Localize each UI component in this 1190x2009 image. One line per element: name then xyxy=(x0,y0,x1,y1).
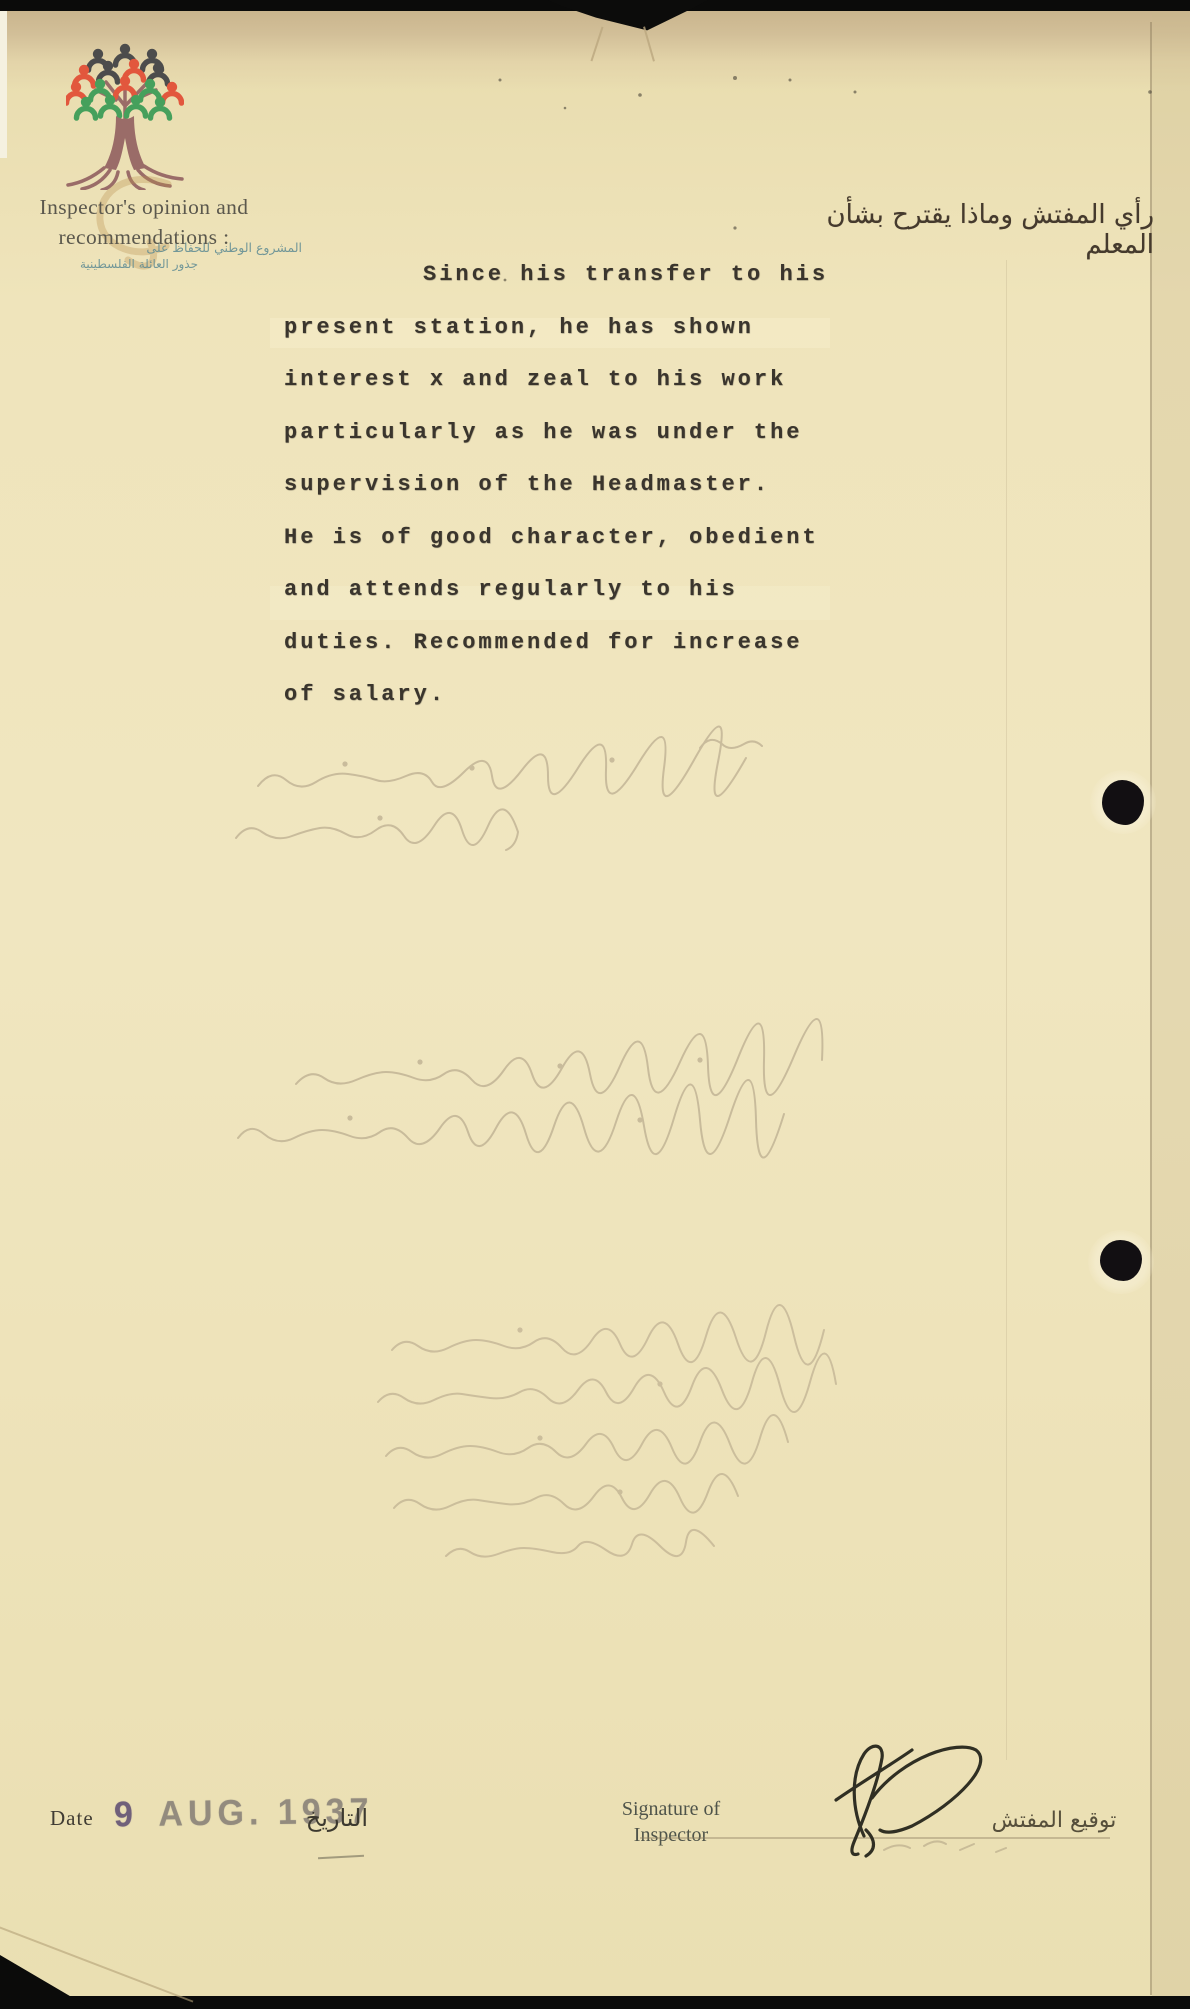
report-line: Since his transfer to his xyxy=(284,262,864,315)
signature-label-line2: Inspector xyxy=(634,1824,708,1846)
section-heading-english: Inspector's opinion and recommendations … xyxy=(35,192,253,252)
inspector-signature xyxy=(800,1738,1020,1863)
date-stamp-day: 9 xyxy=(114,1795,138,1835)
report-line: particularly as he was under the xyxy=(284,420,864,473)
section-heading-arabic: رأي المفتش وماذا يقترح بشأن المعلم xyxy=(822,200,1154,260)
date-label-english: Date xyxy=(50,1806,94,1831)
paper-fold-line xyxy=(1150,22,1152,1995)
punch-hole-ink xyxy=(1102,780,1144,825)
report-line: and attends regularly to his xyxy=(284,577,864,630)
report-line: He is of good character, obedient xyxy=(284,525,864,578)
watermark-text-line2: جذور العائلة الفلسطينية xyxy=(76,257,202,271)
scan-edge-bottom xyxy=(0,1996,1190,2009)
report-line: duties. Recommended for increase xyxy=(284,630,864,683)
signature-label-english: Signature of Inspector xyxy=(598,1796,744,1848)
report-line: present station, he has shown xyxy=(284,315,864,368)
report-line: of salary. xyxy=(284,682,864,735)
scan-left-sliver xyxy=(0,8,7,158)
faint-handwriting-block-3 xyxy=(378,1305,836,1557)
signature-label-arabic: توقيع المفتش xyxy=(986,1808,1122,1833)
signature-label-line1: Signature of xyxy=(622,1798,720,1820)
scanned-document-page: المشروع الوطني للحفاظ على جذور العائلة ا… xyxy=(0,0,1190,2009)
heading-line1: Inspector's opinion and xyxy=(40,195,249,219)
faint-handwriting-block-2 xyxy=(238,1019,822,1158)
date-underline xyxy=(318,1855,364,1859)
punch-hole-ink xyxy=(1100,1240,1142,1281)
typewritten-report: Since his transfer to his present statio… xyxy=(284,262,864,735)
heading-line2: recommendations : xyxy=(59,225,230,249)
paper-crease xyxy=(1006,260,1007,1760)
faint-handwriting-block-1 xyxy=(236,726,762,850)
faint-pencil-marks xyxy=(884,1841,1006,1852)
report-line: interest x and zeal to his work xyxy=(284,367,864,420)
report-line: supervision of the Headmaster. xyxy=(284,472,864,525)
paper-right-fold-strip xyxy=(1152,11,1190,1996)
date-label-arabic: التاريخ xyxy=(308,1804,368,1832)
